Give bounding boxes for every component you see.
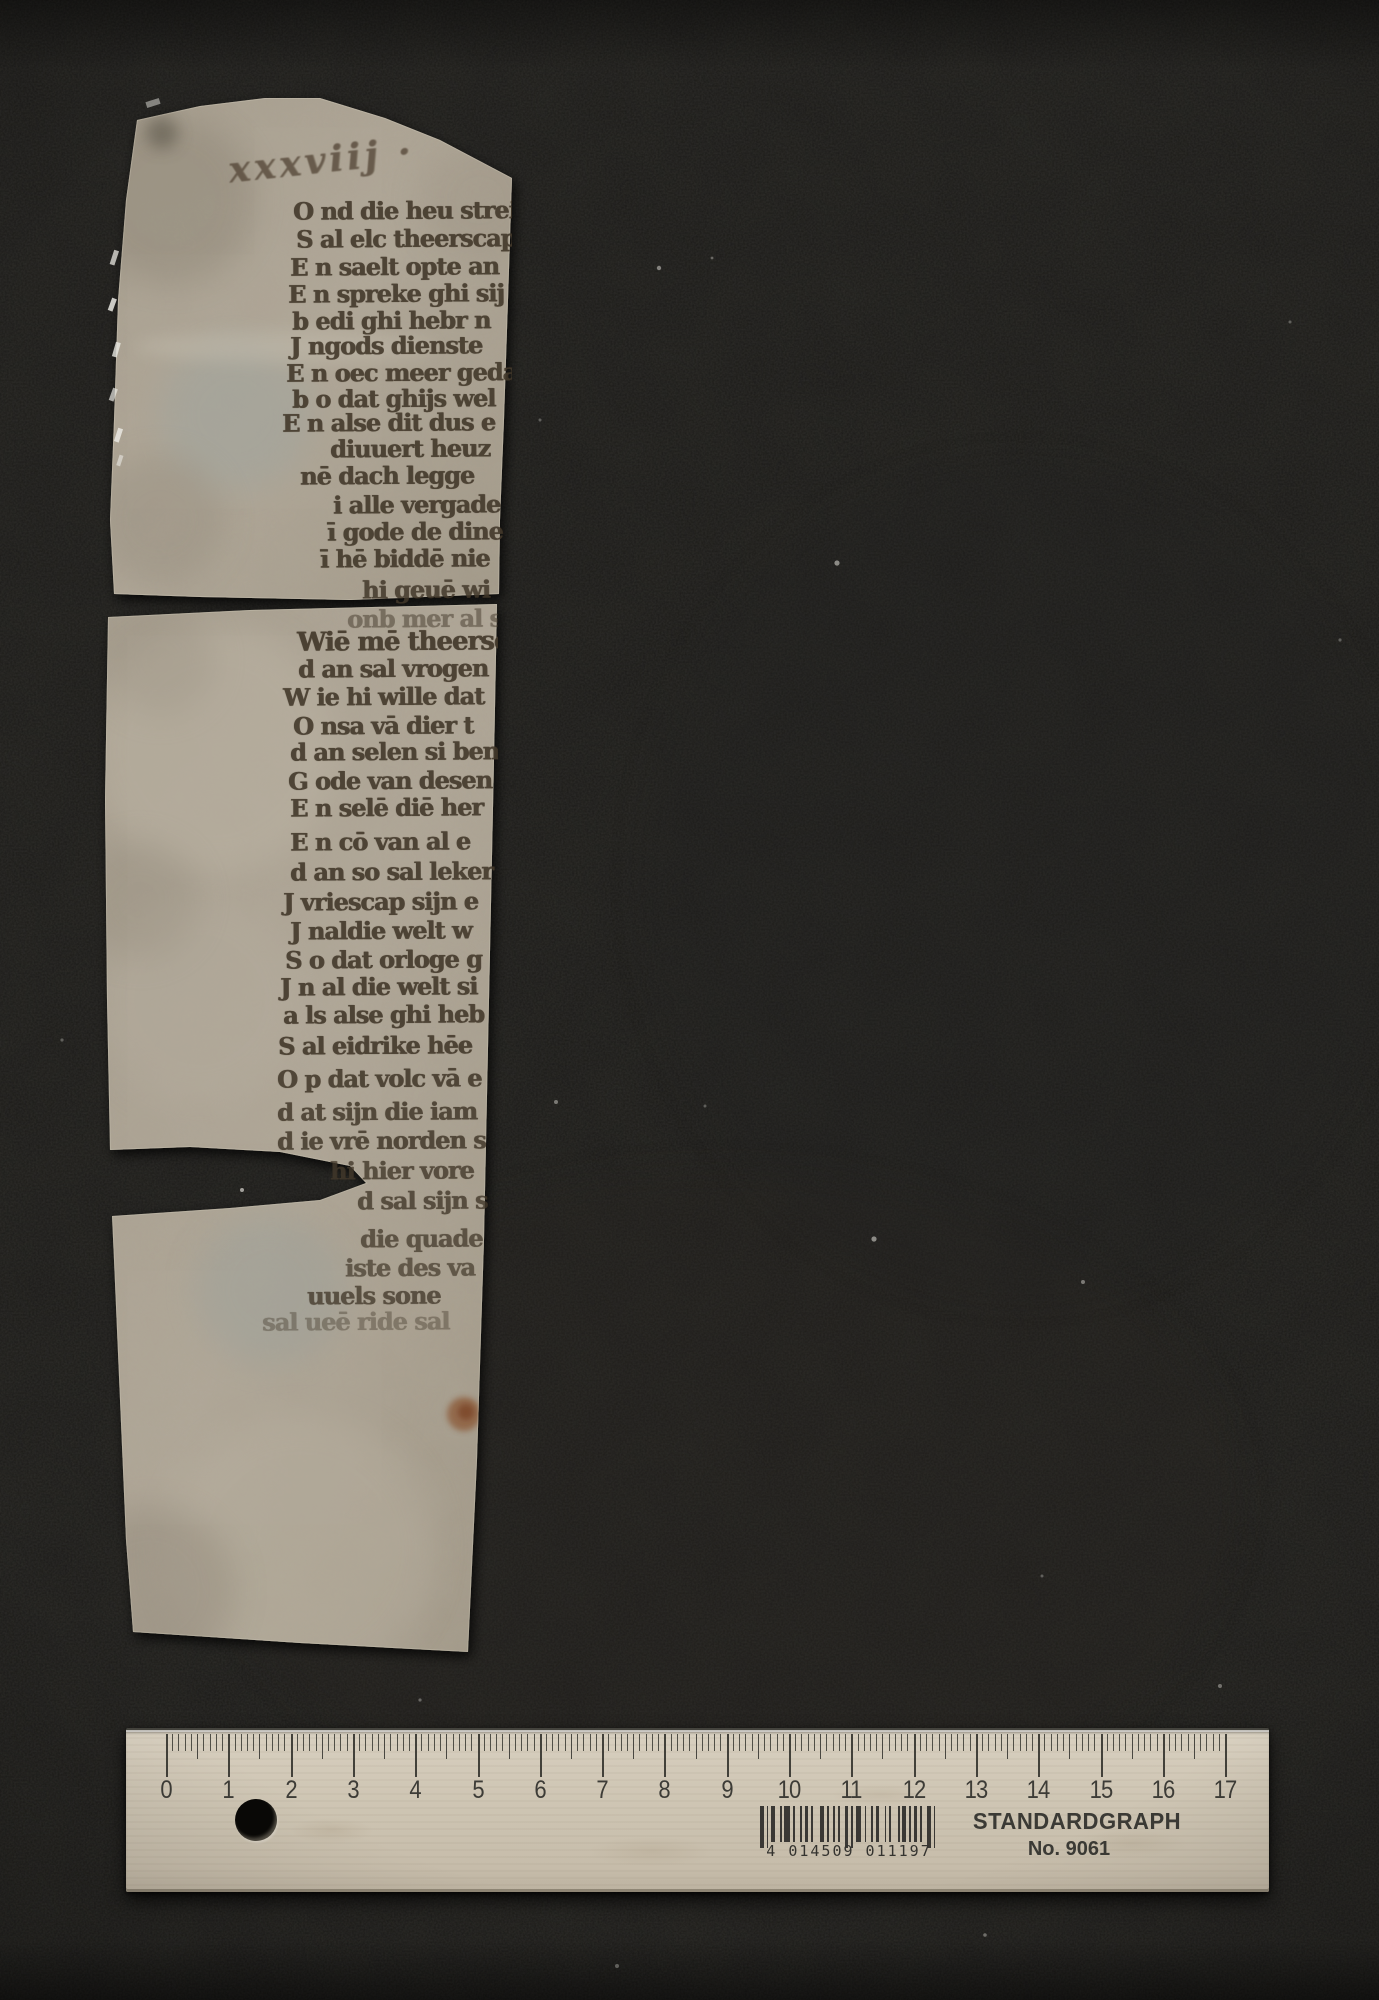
- barcode-bar: [909, 1806, 911, 1842]
- cm-tick: [789, 1734, 791, 1777]
- mm-tick: [471, 1734, 472, 1751]
- mm-tick: [833, 1734, 834, 1751]
- mm-tick: [752, 1734, 753, 1751]
- mm-tick: [465, 1734, 466, 1751]
- cm-tick: [727, 1734, 729, 1777]
- barcode: 4 014509 011197: [756, 1806, 942, 1868]
- manuscript-text-line: J n al die welt si: [280, 973, 477, 1000]
- cm-number: 15: [1086, 1776, 1116, 1805]
- barcode-bar: [833, 1806, 835, 1842]
- barcode-bar: [838, 1806, 840, 1842]
- mm-tick: [764, 1734, 765, 1751]
- ruler-model-number: No. 9061: [964, 1838, 1174, 1861]
- mm-tick: [1063, 1734, 1064, 1751]
- mm-tick: [1069, 1734, 1070, 1759]
- manuscript-text-line: d at sijn die iam: [277, 1098, 477, 1125]
- mm-tick: [1026, 1734, 1027, 1751]
- cm-number: 12: [899, 1776, 929, 1805]
- mm-tick: [347, 1734, 348, 1751]
- mm-tick: [1200, 1734, 1201, 1751]
- mm-tick: [484, 1734, 485, 1751]
- mm-tick: [1206, 1734, 1207, 1751]
- mm-tick: [858, 1734, 859, 1751]
- mm-tick: [210, 1734, 211, 1751]
- mm-tick: [272, 1734, 273, 1751]
- barcode-bar: [820, 1806, 824, 1842]
- cm-number: 13: [961, 1776, 991, 1805]
- barcode-digits: 4 014509 011197: [756, 1842, 942, 1860]
- cm-tick: [478, 1734, 480, 1777]
- mm-tick: [1113, 1734, 1114, 1751]
- mm-tick: [571, 1734, 572, 1759]
- manuscript-text-line: W ie hi wille dat: [283, 683, 484, 710]
- mm-tick: [988, 1734, 989, 1751]
- mm-tick: [1188, 1734, 1189, 1751]
- mm-tick: [895, 1734, 896, 1751]
- mm-tick: [216, 1734, 217, 1751]
- mm-tick: [403, 1734, 404, 1751]
- mm-tick: [864, 1734, 865, 1751]
- barcode-bar: [876, 1806, 880, 1842]
- mm-tick: [259, 1734, 260, 1759]
- mm-tick: [982, 1734, 983, 1751]
- mm-tick: [178, 1734, 179, 1751]
- manuscript-text-line: S o dat orloge g: [285, 946, 482, 973]
- manuscript-text-line: uuels sone: [307, 1283, 441, 1310]
- mm-tick: [453, 1734, 454, 1751]
- mm-tick: [334, 1734, 335, 1751]
- mm-tick: [1150, 1734, 1151, 1751]
- mm-tick: [1013, 1734, 1014, 1751]
- manuscript-text-line: d sal sijn s: [357, 1188, 487, 1215]
- manuscript-text-line: d an so sal leker: [290, 858, 493, 885]
- mm-tick: [1138, 1734, 1139, 1751]
- barcode-bar: [793, 1806, 795, 1842]
- barcode-bars: [760, 1806, 938, 1846]
- mm-tick: [739, 1734, 740, 1751]
- manuscript-text-line: a ls alse ghi heb: [283, 1001, 484, 1028]
- barcode-bar: [920, 1806, 922, 1842]
- cm-number: 5: [463, 1776, 493, 1805]
- mm-tick: [1007, 1734, 1008, 1759]
- ruler: 01234567891011121314151617 4 014509 0111…: [126, 1728, 1269, 1892]
- mm-tick: [185, 1734, 186, 1751]
- mm-tick: [372, 1734, 373, 1751]
- mm-tick: [820, 1734, 821, 1759]
- mm-tick: [322, 1734, 323, 1759]
- mm-tick: [696, 1734, 697, 1759]
- cm-number: 11: [836, 1776, 866, 1805]
- cm-tick: [353, 1734, 355, 1777]
- mm-tick: [963, 1734, 964, 1751]
- mm-tick: [801, 1734, 802, 1751]
- manuscript-text-line: E n selē diē her: [290, 794, 483, 821]
- barcode-bar: [856, 1806, 861, 1842]
- cm-tick: [415, 1734, 417, 1777]
- mm-tick: [421, 1734, 422, 1751]
- manuscript-text-line: G ode van desen: [288, 767, 492, 794]
- mm-tick: [565, 1734, 566, 1751]
- mm-tick: [552, 1734, 553, 1751]
- barcode-bar: [800, 1806, 802, 1842]
- mm-tick: [826, 1734, 827, 1751]
- mm-tick: [702, 1734, 703, 1751]
- mm-tick: [309, 1734, 310, 1751]
- cm-tick: [1038, 1734, 1040, 1777]
- cm-number: 4: [400, 1776, 430, 1805]
- manuscript-text-line: O nsa vā dier t: [293, 712, 473, 739]
- mm-tick: [1194, 1734, 1195, 1759]
- mm-tick: [720, 1734, 721, 1751]
- manuscript-text-line: hi hier vore: [330, 1157, 474, 1184]
- mm-tick: [770, 1734, 771, 1751]
- mm-tick: [1044, 1734, 1045, 1751]
- mm-tick: [428, 1734, 429, 1751]
- mm-tick: [1032, 1734, 1033, 1751]
- mm-tick: [1107, 1734, 1108, 1751]
- mm-tick: [590, 1734, 591, 1751]
- mm-tick: [939, 1734, 940, 1751]
- cm-tick: [1225, 1734, 1227, 1777]
- barcode-bar: [805, 1806, 809, 1842]
- barcode-bar: [902, 1806, 906, 1842]
- mm-tick: [845, 1734, 846, 1751]
- mm-tick: [652, 1734, 653, 1751]
- manuscript-text-line: d an sal vrogen: [298, 655, 488, 682]
- cm-number: 0: [151, 1776, 181, 1805]
- cm-tick: [291, 1734, 293, 1777]
- mm-tick: [490, 1734, 491, 1751]
- manuscript-text-line: J vriescap sijn e: [283, 888, 478, 915]
- mm-tick: [658, 1734, 659, 1751]
- mm-tick: [683, 1734, 684, 1751]
- mm-tick: [440, 1734, 441, 1751]
- mm-tick: [1132, 1734, 1133, 1759]
- mm-tick: [459, 1734, 460, 1751]
- mm-tick: [1213, 1734, 1214, 1751]
- barcode-bar: [865, 1806, 867, 1842]
- cm-number: 7: [587, 1776, 617, 1805]
- mm-tick: [378, 1734, 379, 1751]
- cm-tick: [851, 1734, 853, 1777]
- manuscript-text-line: Wiē mē theersca: [297, 628, 498, 656]
- barcode-bar: [784, 1806, 789, 1842]
- cm-number: 14: [1023, 1776, 1053, 1805]
- manuscript-text-line: d an selen si ben: [290, 738, 498, 765]
- mm-tick: [316, 1734, 317, 1751]
- mm-tick: [1169, 1734, 1170, 1751]
- barcode-bar: [914, 1806, 918, 1842]
- mm-tick: [995, 1734, 996, 1751]
- cm-number: 1: [213, 1776, 243, 1805]
- mm-tick: [1094, 1734, 1095, 1751]
- mm-tick: [328, 1734, 329, 1751]
- cm-tick: [976, 1734, 978, 1777]
- mm-tick: [577, 1734, 578, 1751]
- mm-tick: [222, 1734, 223, 1751]
- cm-number: 8: [649, 1776, 679, 1805]
- manuscript-text-line: E n cō van al e: [290, 828, 470, 855]
- manuscript-text-line: S al eidrike hēe: [278, 1032, 472, 1059]
- mm-tick: [627, 1734, 628, 1751]
- cm-number: 16: [1148, 1776, 1178, 1805]
- barcode-bar: [898, 1806, 900, 1842]
- mm-tick: [247, 1734, 248, 1751]
- mm-tick: [1051, 1734, 1052, 1751]
- mm-tick: [191, 1734, 192, 1751]
- mm-tick: [646, 1734, 647, 1751]
- mm-tick: [1219, 1734, 1220, 1751]
- barcode-bar: [889, 1806, 891, 1842]
- mm-tick: [1119, 1734, 1120, 1751]
- mm-tick: [957, 1734, 958, 1751]
- mm-tick: [521, 1734, 522, 1751]
- mm-tick: [340, 1734, 341, 1751]
- mm-tick: [920, 1734, 921, 1751]
- mm-tick: [907, 1734, 908, 1751]
- mm-tick: [1088, 1734, 1089, 1751]
- cm-tick: [1101, 1734, 1103, 1777]
- mm-tick: [951, 1734, 952, 1751]
- mm-tick: [203, 1734, 204, 1751]
- mm-tick: [795, 1734, 796, 1751]
- mm-tick: [758, 1734, 759, 1759]
- mm-tick: [615, 1734, 616, 1751]
- mm-tick: [284, 1734, 285, 1751]
- mm-tick: [926, 1734, 927, 1751]
- cm-tick: [914, 1734, 916, 1777]
- mm-tick: [901, 1734, 902, 1751]
- mm-tick: [839, 1734, 840, 1751]
- mm-tick: [808, 1734, 809, 1751]
- manuscript-text-line: d ie vrē norden s: [277, 1127, 486, 1154]
- cm-tick: [664, 1734, 666, 1777]
- barcode-bar: [885, 1806, 887, 1842]
- cm-tick: [602, 1734, 604, 1777]
- cm-tick: [166, 1734, 168, 1777]
- mm-tick: [671, 1734, 672, 1751]
- mm-tick: [297, 1734, 298, 1751]
- cm-tick: [1163, 1734, 1165, 1777]
- mm-tick: [1057, 1734, 1058, 1751]
- barcode-bar: [827, 1806, 829, 1842]
- mm-tick: [397, 1734, 398, 1751]
- mm-tick: [621, 1734, 622, 1751]
- mm-tick: [359, 1734, 360, 1751]
- mm-tick: [814, 1734, 815, 1751]
- cm-tick: [228, 1734, 230, 1777]
- cm-number: 10: [774, 1776, 804, 1805]
- mm-tick: [1020, 1734, 1021, 1751]
- manuscript-text-line: die quade: [360, 1226, 483, 1253]
- mm-tick: [714, 1734, 715, 1751]
- cm-number: 9: [712, 1776, 742, 1805]
- mm-tick: [502, 1734, 503, 1751]
- mm-tick: [870, 1734, 871, 1751]
- manuscript-text-line: iste des va: [345, 1255, 475, 1282]
- mm-tick: [1181, 1734, 1182, 1751]
- barcode-bar: [871, 1806, 873, 1842]
- mm-tick: [303, 1734, 304, 1751]
- mm-tick: [639, 1734, 640, 1751]
- mm-tick: [515, 1734, 516, 1751]
- cm-number: 6: [525, 1776, 555, 1805]
- barcode-bar: [771, 1806, 775, 1842]
- mm-tick: [932, 1734, 933, 1751]
- manuscript-text-line: sal ueē ride sal: [262, 1308, 449, 1335]
- mm-tick: [1076, 1734, 1077, 1751]
- barcode-bar: [811, 1806, 813, 1842]
- manuscript-text-line: O p dat volc vā e: [277, 1065, 482, 1092]
- mm-tick: [889, 1734, 890, 1751]
- mm-tick: [384, 1734, 385, 1759]
- mm-tick: [390, 1734, 391, 1751]
- mm-tick: [708, 1734, 709, 1751]
- mm-tick: [608, 1734, 609, 1751]
- mm-tick: [534, 1734, 535, 1751]
- mm-tick: [677, 1734, 678, 1751]
- mm-tick: [496, 1734, 497, 1751]
- mm-tick: [409, 1734, 410, 1751]
- mm-tick: [434, 1734, 435, 1751]
- mm-tick: [1144, 1734, 1145, 1751]
- cm-number: 2: [276, 1776, 306, 1805]
- mm-tick: [583, 1734, 584, 1751]
- manuscript-text-line: J naldie welt w: [290, 917, 472, 944]
- mm-tick: [172, 1734, 173, 1751]
- mm-tick: [689, 1734, 690, 1751]
- mm-tick: [1001, 1734, 1002, 1751]
- barcode-bar: [780, 1806, 782, 1842]
- photo-stage: xxxviij · O nd die heu streiS al elc the…: [0, 0, 1379, 2000]
- mm-tick: [235, 1734, 236, 1751]
- mm-tick: [596, 1734, 597, 1751]
- mm-tick: [1082, 1734, 1083, 1751]
- mm-tick: [241, 1734, 242, 1751]
- cm-tick: [540, 1734, 542, 1777]
- mm-tick: [546, 1734, 547, 1751]
- mm-tick: [777, 1734, 778, 1751]
- mm-tick: [945, 1734, 946, 1759]
- mm-tick: [365, 1734, 366, 1751]
- mm-tick: [1157, 1734, 1158, 1751]
- mm-tick: [558, 1734, 559, 1751]
- mm-tick: [1125, 1734, 1126, 1751]
- cm-number: 3: [338, 1776, 368, 1805]
- fragment2-text-column: onb mer al stWiē mē theerscad an sal vro…: [0, 0, 498, 1700]
- ruler-brand-label: STANDARDGRAPH: [957, 1808, 1197, 1835]
- mm-tick: [882, 1734, 883, 1759]
- mm-tick: [197, 1734, 198, 1759]
- ruler-hanging-hole: [235, 1799, 277, 1841]
- mm-tick: [278, 1734, 279, 1751]
- mm-tick: [527, 1734, 528, 1751]
- mm-tick: [783, 1734, 784, 1751]
- mm-tick: [509, 1734, 510, 1759]
- mm-tick: [446, 1734, 447, 1759]
- mm-tick: [266, 1734, 267, 1751]
- mm-tick: [876, 1734, 877, 1751]
- mm-tick: [1175, 1734, 1176, 1751]
- mm-tick: [633, 1734, 634, 1759]
- cm-number: 17: [1210, 1776, 1240, 1805]
- mm-tick: [745, 1734, 746, 1751]
- mm-tick: [970, 1734, 971, 1751]
- mm-tick: [253, 1734, 254, 1751]
- mm-tick: [733, 1734, 734, 1751]
